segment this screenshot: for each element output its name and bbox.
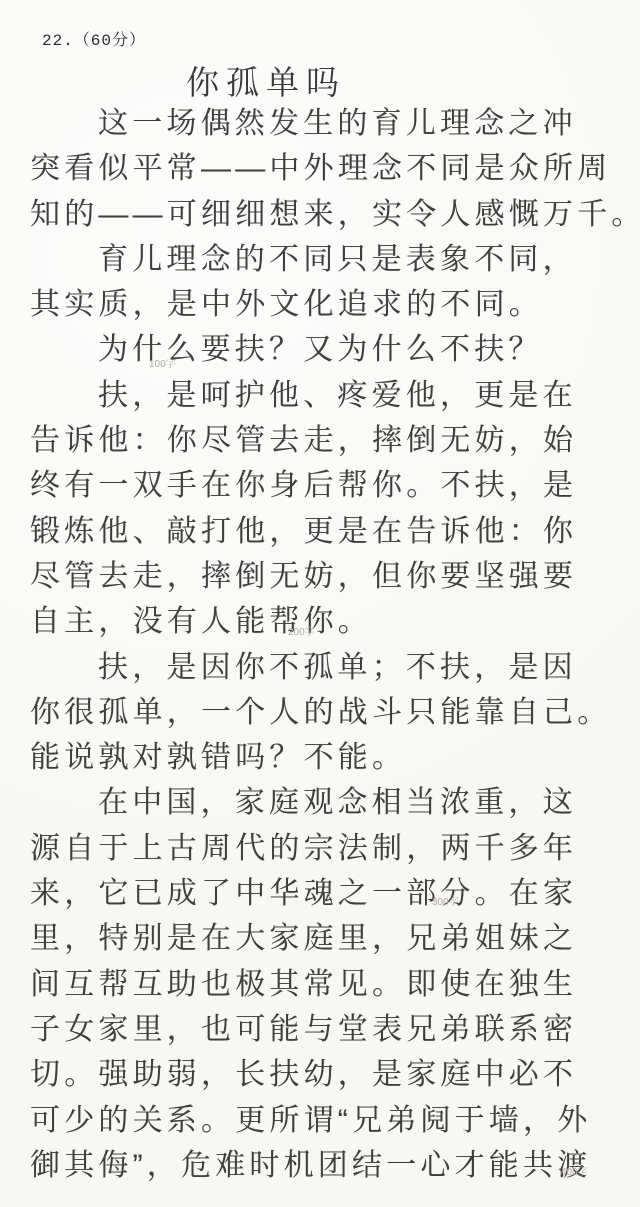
essay-line: 知的——可细细想来，实令人感慨万千。 (0, 192, 640, 237)
question-number-label: 22.（60分） (42, 27, 146, 50)
essay-line: 育儿理念的不同只是表象不同， (0, 237, 640, 282)
essay-line: 间互帮互助也极其常见。即使在独生 (0, 962, 640, 1007)
essay-line: 子女家里，也可能与堂表兄弟联系密 (0, 1007, 640, 1052)
essay-line: 扶，是因你不孤单；不扶，是因 (0, 645, 640, 690)
essay-line: 里，特别是在大家庭里，兄弟姐妹之 (0, 916, 640, 961)
essay-line: 告诉他：你尽管去走，摔倒无妨，始 (0, 418, 640, 463)
exam-paper-page: 22.（60分） 你孤单吗 这一场偶然发生的育儿理念之冲 突看似平常——中外理念… (0, 0, 640, 1207)
essay-line: 锻炼他、敲打他，更是在告诉他：你 (0, 509, 640, 554)
essay-body: 这一场偶然发生的育儿理念之冲 突看似平常——中外理念不同是众所周 知的——可细细… (0, 101, 640, 1188)
essay-line: 扶，是呵护他、疼爱他，更是在 (0, 373, 640, 418)
essay-line: 其实质，是中外文化追求的不同。 (0, 282, 640, 327)
essay-line: 为什么要扶？又为什么不扶？ (0, 327, 640, 372)
essay-line: 突看似平常——中外理念不同是众所周 (0, 146, 640, 191)
word-count-marker-400: 400字 (561, 1163, 588, 1178)
essay-line: 你很孤单，一个人的战斗只能靠自己。 (0, 690, 640, 735)
essay-line: 终有一双手在你身后帮你。不扶，是 (0, 463, 640, 508)
word-count-marker-200: 200字 (288, 623, 315, 638)
essay-line: 能说孰对孰错吗？不能。 (0, 735, 640, 780)
word-count-marker-100: 100字 (149, 355, 176, 370)
essay-line: 御其侮”，危难时机团结一心才能共渡 (0, 1143, 640, 1188)
essay-line: 这一场偶然发生的育儿理念之冲 (0, 101, 640, 146)
essay-line: 源自于上古周代的宗法制，两千多年 (0, 826, 640, 871)
essay-line: 可少的关系。更所谓“兄弟阋于墙，外 (0, 1098, 640, 1143)
essay-line: 自主，没有人能帮你。 (0, 599, 640, 644)
essay-line: 切。强助弱，长扶幼，是家庭中必不 (0, 1052, 640, 1097)
essay-line: 尽管去走，摔倒无妨，但你要坚强要 (0, 554, 640, 599)
essay-title: 你孤单吗 (186, 57, 346, 104)
essay-line: 来，它已成了中华魂之一部分。在家 (0, 871, 640, 916)
essay-line: 在中国，家庭观念相当浓重，这 (0, 780, 640, 825)
word-count-marker-300: 300字 (432, 893, 459, 908)
